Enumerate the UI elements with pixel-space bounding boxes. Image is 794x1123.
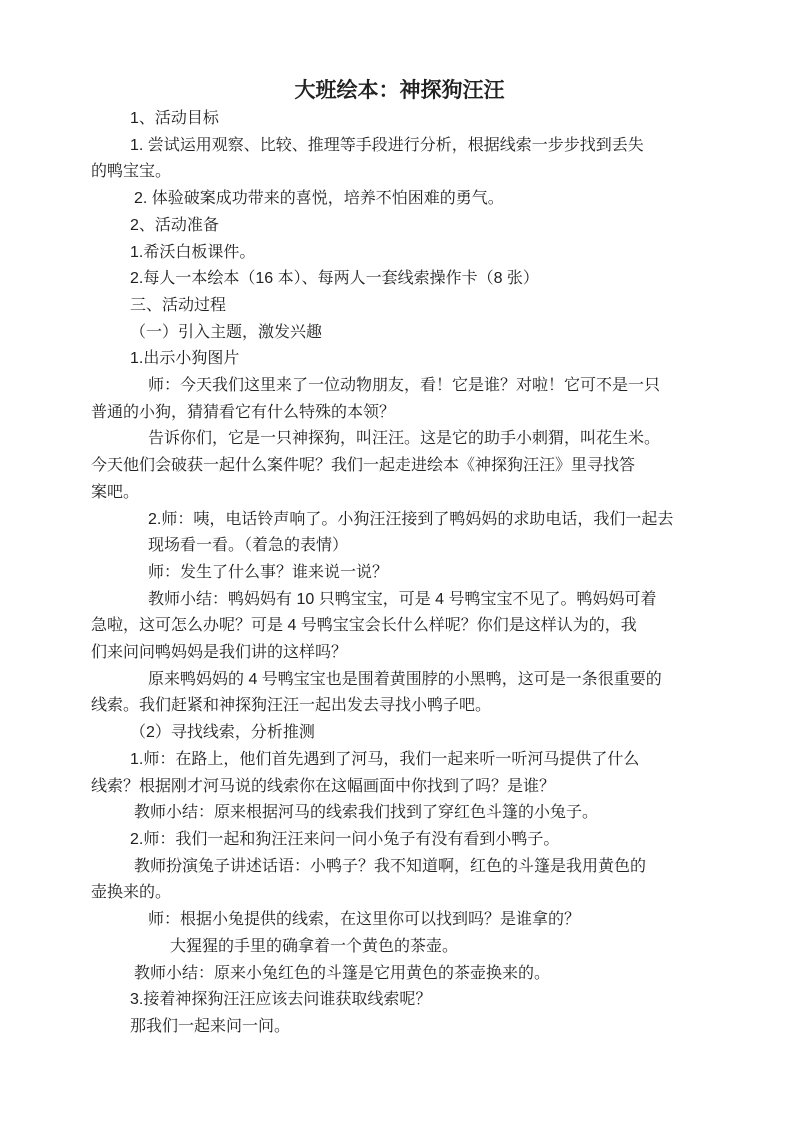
text-line: （2）寻找线索，分析推测 — [91, 720, 708, 747]
text-line: 大猩猩的手里的确拿着一个黄色的茶壶。 — [91, 934, 708, 961]
text-line: 三、活动过程 — [91, 293, 708, 320]
text-line: 师：发生了什么事？谁来说一说？ — [91, 560, 708, 587]
text-line: 2、活动准备 — [91, 213, 708, 240]
text-line: 师：今天我们这里来了一位动物朋友，看！它是谁？对啦！它可不是一只 — [91, 373, 708, 400]
text-line: 1.希沃白板课件。 — [91, 240, 708, 267]
a4-page: 大班绘本：神探狗汪汪 1、活动目标1. 尝试运用观察、比较、推理等手段进行分析，… — [0, 0, 794, 1123]
text-line: 的鸭宝宝。 — [91, 159, 708, 186]
text-line: （一）引入主题，激发兴趣 — [91, 320, 708, 347]
text-line: 原来鸭妈妈的 4 号鸭宝宝也是围着黄围脖的小黑鸭，这可是一条很重要的 — [91, 667, 708, 694]
text-line: 1、活动目标 — [91, 106, 708, 133]
text-line: 急啦，这可怎么办呢？可是 4 号鸭宝宝会长什么样呢？你们是这样认为的，我 — [91, 613, 708, 640]
text-line: 1.出示小狗图片 — [91, 346, 708, 373]
text-line: 1. 尝试运用观察、比较、推理等手段进行分析，根据线索一步步找到丢失 — [91, 133, 708, 160]
text-line: 告诉你们，它是一只神探狗，叫汪汪。这是它的助手小刺猬，叫花生米。 — [91, 426, 708, 453]
document-body: 1、活动目标1. 尝试运用观察、比较、推理等手段进行分析，根据线索一步步找到丢失… — [91, 106, 708, 1041]
text-line: 2.师：我们一起和狗汪汪来问一问小兔子有没有看到小鸭子。 — [91, 827, 708, 854]
text-line: 教师小结：鸭妈妈有 10 只鸭宝宝，可是 4 号鸭宝宝不见了。鸭妈妈可着 — [91, 587, 708, 614]
text-line: 教师小结：原来小兔红色的斗篷是它用黄色的茶壶换来的。 — [91, 961, 708, 988]
text-line: 现场看一看。（着急的表情） — [91, 533, 708, 560]
text-line: 2.师：咦，电话铃声响了。小狗汪汪接到了鸭妈妈的求助电话，我们一起去 — [91, 507, 708, 534]
text-line: 们来问问鸭妈妈是我们讲的这样吗？ — [91, 640, 708, 667]
text-line: 普通的小狗，猜猜看它有什么特殊的本领？ — [91, 400, 708, 427]
document-title: 大班绘本：神探狗汪汪 — [91, 76, 708, 106]
text-line: 教师小结：原来根据河马的线索我们找到了穿红色斗篷的小兔子。 — [91, 800, 708, 827]
text-line: 师：根据小兔提供的线索，在这里你可以找到吗？是谁拿的？ — [91, 907, 708, 934]
text-line: 2.每人一本绘本（16 本）、每两人一套线索操作卡（8 张） — [91, 266, 708, 293]
text-line: 那我们一起来问一问。 — [91, 1014, 708, 1041]
text-line: 教师扮演兔子讲述话语：小鸭子？我不知道啊，红色的斗篷是我用黄色的 — [91, 854, 708, 881]
text-line: 今天他们会破获一起什么案件呢？我们一起走进绘本《神探狗汪汪》里寻找答 — [91, 453, 708, 480]
text-line: 案吧。 — [91, 480, 708, 507]
text-line: 壶换来的。 — [91, 880, 708, 907]
text-line: 3.接着神探狗汪汪应该去问谁获取线索呢？ — [91, 987, 708, 1014]
text-line: 线索？根据刚才河马说的线索你在这幅画面中你找到了吗？是谁？ — [91, 774, 708, 801]
text-line: 1.师：在路上，他们首先遇到了河马，我们一起来听一听河马提供了什么 — [91, 747, 708, 774]
text-line: 线索。我们赶紧和神探狗汪汪一起出发去寻找小鸭子吧。 — [91, 693, 708, 720]
text-line: 2. 体验破案成功带来的喜悦，培养不怕困难的勇气。 — [91, 186, 708, 213]
